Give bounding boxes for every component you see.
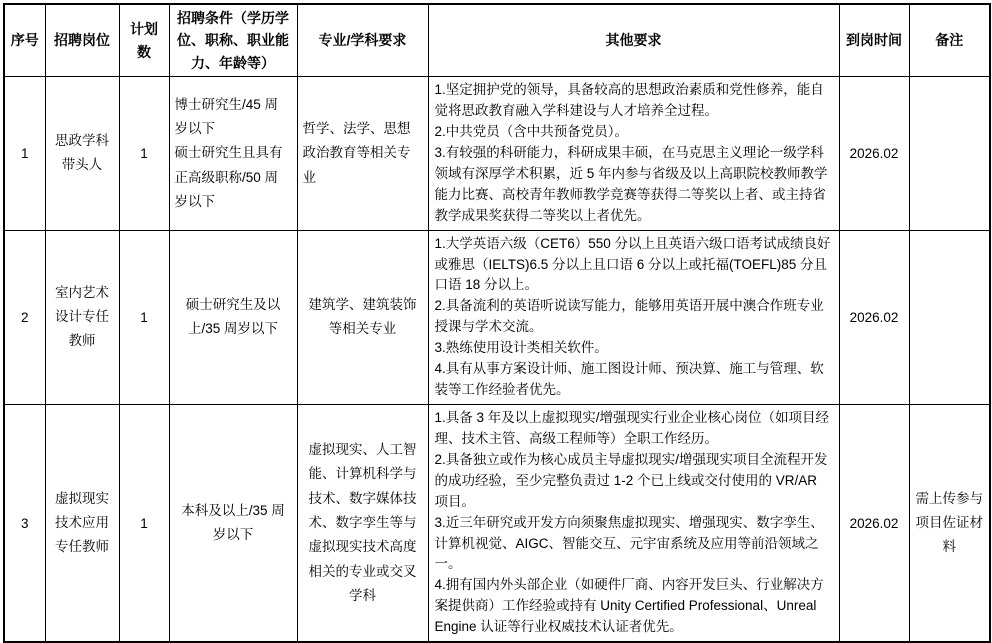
recruitment-table: 序号 招聘岗位 计划数 招聘条件（学历学位、职称、职业能力、年龄等） 专业/学科… (3, 3, 991, 643)
cell-major: 哲学、法学、思想政治教育等相关专业 (297, 77, 428, 230)
cell-other: 1.大学英语六级（CET6）550 分以上且英语六级口语考试成绩良好或雅思（IE… (428, 230, 839, 404)
cell-arrival: 2026.02 (839, 77, 909, 230)
table-body: 1 思政学科带头人 1 博士研究生/45 周岁以下 硕士研究生且具有正高级职称/… (4, 77, 990, 642)
table-row: 2 室内艺术设计专任教师 1 硕士研究生及以上/35 周岁以下 建筑学、建筑装饰… (4, 230, 990, 404)
cell-other: 1.坚定拥护党的领导，具备较高的思想政治素质和党性修养，能自觉将思政教育融入学科… (428, 77, 839, 230)
column-header-no: 序号 (4, 4, 45, 77)
cell-plan-count: 1 (119, 230, 169, 404)
cell-plan-count: 1 (119, 77, 169, 230)
cell-no: 2 (4, 230, 45, 404)
column-header-position: 招聘岗位 (45, 4, 119, 77)
cell-plan-count: 1 (119, 405, 169, 643)
cell-position: 虚拟现实技术应用专任教师 (45, 405, 119, 643)
cell-conditions: 本科及以上/35 周岁以下 (169, 405, 297, 643)
column-header-major: 专业/学科要求 (297, 4, 428, 77)
column-header-other: 其他要求 (428, 4, 839, 77)
cell-remark: 需上传参与项目佐证材料 (909, 405, 990, 643)
table-row: 3 虚拟现实技术应用专任教师 1 本科及以上/35 周岁以下 虚拟现实、人工智能… (4, 405, 990, 643)
cell-major: 虚拟现实、人工智能、计算机科学与技术、数字媒体技术、数字孪生等与虚拟现实技术高度… (297, 405, 428, 643)
cell-remark (909, 230, 990, 404)
cell-remark (909, 77, 990, 230)
table-header: 序号 招聘岗位 计划数 招聘条件（学历学位、职称、职业能力、年龄等） 专业/学科… (4, 4, 990, 77)
cell-arrival: 2026.02 (839, 230, 909, 404)
cell-no: 1 (4, 77, 45, 230)
cell-other: 1.具备 3 年及以上虚拟现实/增强现实行业企业核心岗位（如项目经理、技术主管、… (428, 405, 839, 643)
cell-no: 3 (4, 405, 45, 643)
cell-conditions: 硕士研究生及以上/35 周岁以下 (169, 230, 297, 404)
column-header-arrival: 到岗时间 (839, 4, 909, 77)
cell-conditions: 博士研究生/45 周岁以下 硕士研究生且具有正高级职称/50 周岁以下 (169, 77, 297, 230)
table-row: 1 思政学科带头人 1 博士研究生/45 周岁以下 硕士研究生且具有正高级职称/… (4, 77, 990, 230)
cell-position: 思政学科带头人 (45, 77, 119, 230)
column-header-conditions: 招聘条件（学历学位、职称、职业能力、年龄等） (169, 4, 297, 77)
header-row: 序号 招聘岗位 计划数 招聘条件（学历学位、职称、职业能力、年龄等） 专业/学科… (4, 4, 990, 77)
column-header-plan-count: 计划数 (119, 4, 169, 77)
column-header-remark: 备注 (909, 4, 990, 77)
cell-arrival: 2026.02 (839, 405, 909, 643)
cell-position: 室内艺术设计专任教师 (45, 230, 119, 404)
cell-major: 建筑学、建筑装饰等相关专业 (297, 230, 428, 404)
